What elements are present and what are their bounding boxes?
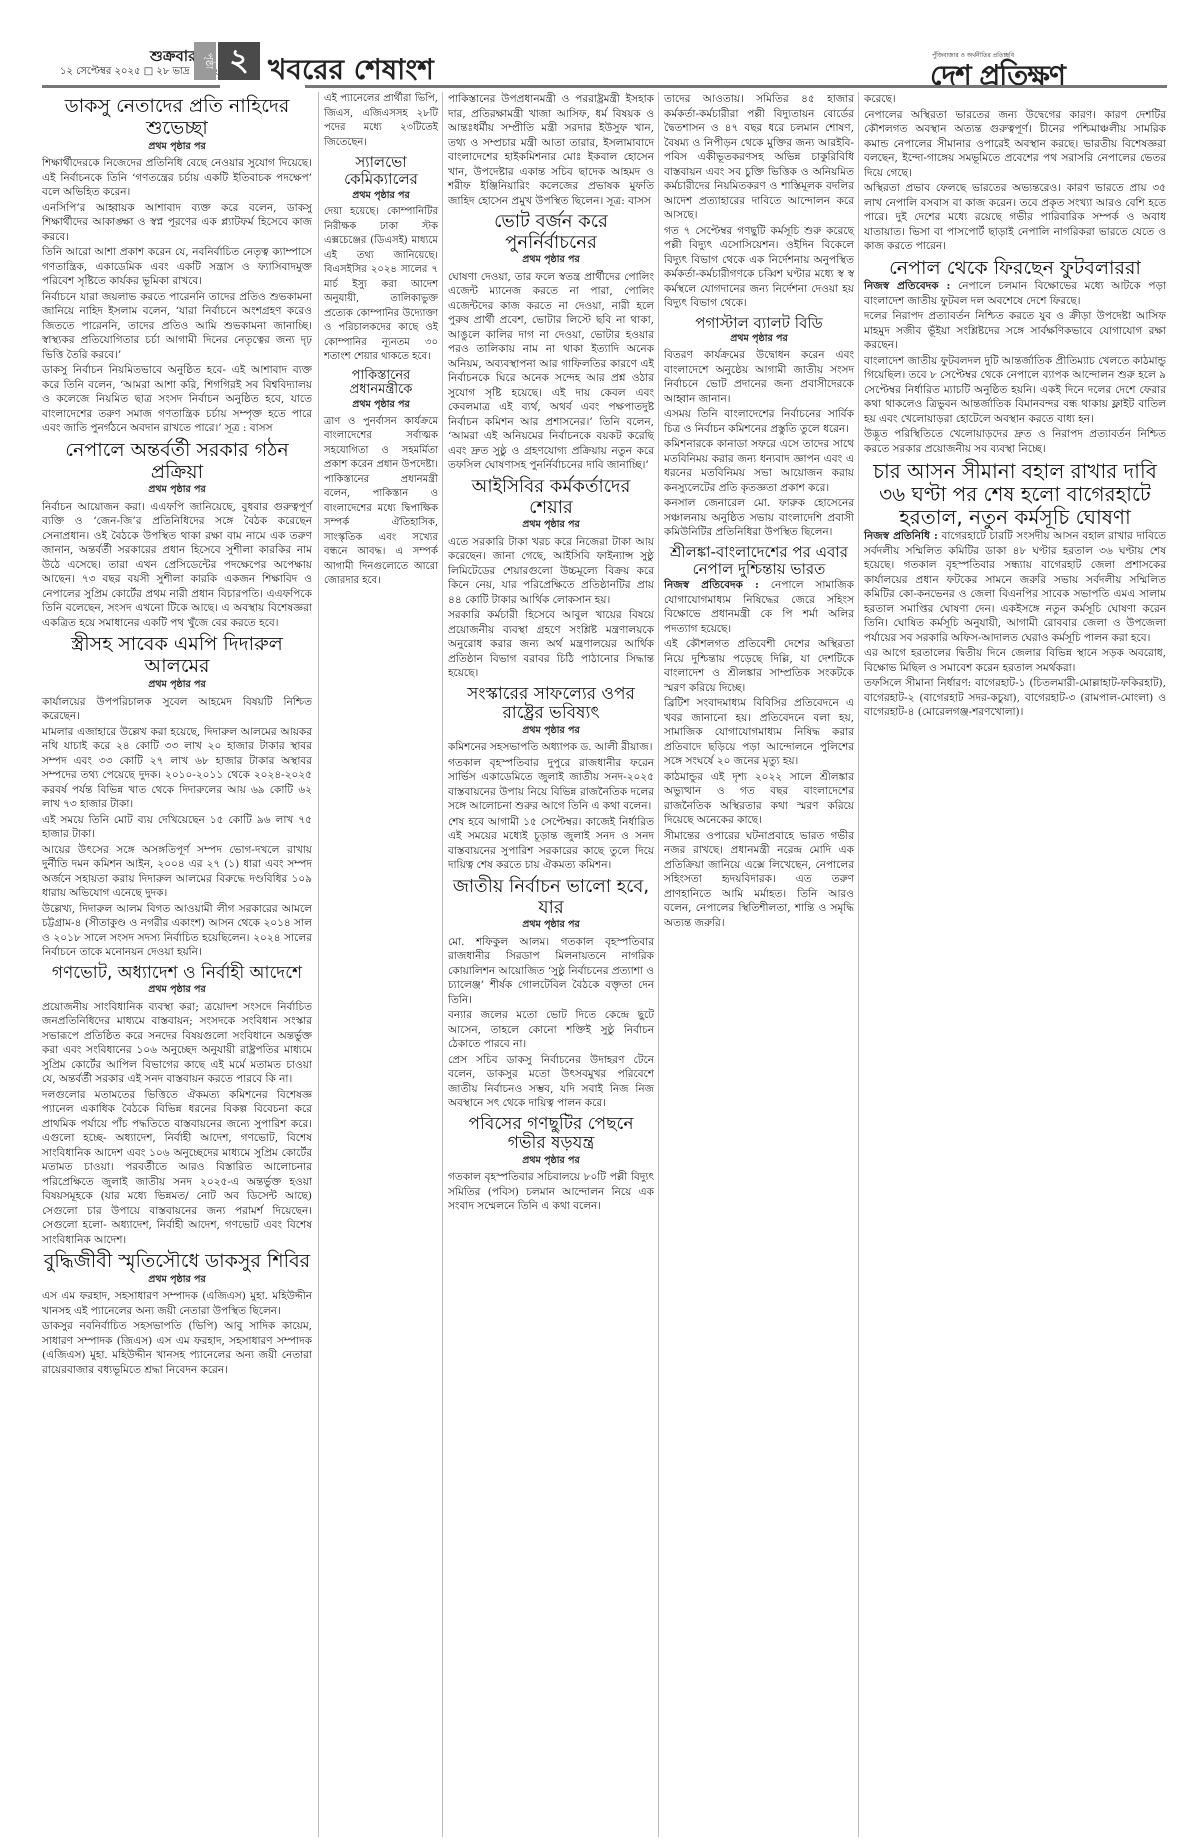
headline: পাকিস্তানের প্রধানমন্ত্রীকে (324, 369, 438, 399)
headline: বুদ্ধিজীবী স্মৃতিসৌধে ডাকসুর শিবির (42, 1251, 312, 1273)
continued-label: প্রথম পৃষ্ঠার পর (42, 140, 312, 155)
continued-label: প্রথম পৃষ্ঠার পর (324, 189, 438, 204)
paragraph: পাকিস্তানের উপপ্রধানমন্ত্রী ও পররাষ্ট্রম… (448, 92, 654, 208)
paragraph: ত্রাণ ও পুনর্বাসন কার্যক্রমে বাংলাদেশের … (324, 415, 438, 589)
headline: পগাস্টাল ব্যালট বিডি (664, 315, 854, 332)
page-label: পৃষ্ঠা (194, 42, 216, 80)
paragraph: ঘোষণা দেওয়া, তার ফলে স্বতন্ত্র প্রার্থী… (448, 270, 654, 473)
paragraph: উল্লেখ্য, দিদারুল আলম বিগত আওয়ামী লীগ স… (42, 902, 312, 960)
continued-label: প্রথম পৃষ্ঠার পর (42, 678, 312, 693)
paragraph: এই কৌশলগত প্রতিবেশী দেশের অস্থিরতা নিয়ে… (664, 637, 854, 695)
paragraph: এতে সরকারি টাকা খরচ করে নিজেরা টাকা আয় … (448, 535, 654, 608)
paragraph: আয়ের উৎসের সঙ্গে অসঙ্গতিপূর্ণ সম্পদ ভোগ… (42, 843, 312, 901)
masthead: শুক্রবার ১২ সেপ্টেম্বর ২০২৫ □ ২৮ ভাদ্র ১… (0, 0, 1200, 80)
headline: স্ত্রীসহ সাবেক এমপি দিদারুল আলমের (42, 634, 312, 678)
column-divider (658, 92, 659, 1837)
headline: সংস্কারের সাফল্যের ওপর রাষ্ট্রের ভবিষ্যৎ (448, 685, 654, 724)
paragraph: দলের নিরাপদ প্রত্যাবর্তন নিশ্চিত করতে যু… (864, 309, 1166, 353)
column-4: তাদের আওতায়। সমিতির ৪৫ হাজার কর্মকর্তা-… (664, 92, 854, 931)
article-referendum: গণভোট, অধ্যাদেশ ও নির্বাহী আদেশে প্রথম প… (42, 964, 312, 1248)
article-nahid: ডাকসু নেতাদের প্রতি নাহিদের শুভেচ্ছা প্র… (42, 96, 312, 436)
article-national-election: জাতীয় নির্বাচন ভালো হবে, যার প্রথম পৃষ্… (448, 877, 654, 1111)
article-footballers: নেপাল থেকে ফিরছেন ফুটবলাররা নিজস্ব প্রতি… (864, 258, 1166, 457)
headline: গণভোট, অধ্যাদেশ ও নির্বাহী আদেশে (42, 964, 312, 984)
column-2: এই প্যানেলের প্রার্থীরা ভিপি, জিএস, এজিএ… (324, 92, 438, 590)
column-5: করেছে। নেপালের অস্থিরতা ভারতের জন্য উদ্ব… (864, 92, 1166, 721)
paragraph: তফসিলে সীমানা নির্ধারণ: বাগেরহাট-১ (চিতল… (864, 676, 1166, 720)
paragraph: দলগুলোর মতামতের ভিত্তিতে ঐকমত্য কমিশনের … (42, 1088, 312, 1248)
paragraph: প্রয়োজনীয় সাংবিধানিক ব্যবস্থা করা; ত্র… (42, 1000, 312, 1087)
column-divider (858, 92, 859, 1837)
paragraph: ডাকসুর নবনির্বাচিত সহসভাপতি (ভিপি) আবু স… (42, 1319, 312, 1377)
paragraph: তিনি আরো আশা প্রকাশ করেন যে, নবনির্বাচিত… (42, 245, 312, 289)
paragraph: প্রেস সচিব ডাকসু নির্বাচনের উদাহরণ টেনে … (448, 1053, 654, 1111)
column-1: ডাকসু নেতাদের প্রতি নাহিদের শুভেচ্ছা প্র… (42, 92, 312, 1378)
paragraph: এস এম ফরহাদ, সহসাধারণ সম্পাদক (এজিএস) মু… (42, 1289, 312, 1318)
paragraph: নেপালের অস্থিরতা ভারতের জন্য উদ্বেগের কা… (864, 108, 1166, 181)
header-rule-right (305, 85, 1167, 88)
continued-label: প্রথম পৃষ্ঠার পর (448, 1154, 654, 1169)
paragraph: শিক্ষার্থীদেরকে নিজেদের প্রতিনিধি বেছে ন… (42, 156, 312, 200)
article-vote-boycott: ভোট বর্জন করে পুনর্নির্বাচনের প্রথম পৃষ্… (448, 212, 654, 473)
paragraph: অস্থিরতা প্রভাব ফেলছে ভারতের অভ্যন্তরেও।… (864, 181, 1166, 254)
continued-label: প্রথম পৃষ্ঠার পর (448, 253, 654, 268)
paragraph: বিতরণ কার্যক্রমের উদ্বোধন করেন এবং বাংলা… (664, 348, 854, 406)
paragraph: গতকাল বৃহস্পতিবার সচিবালয়ে ৮০টি পল্লী ব… (448, 1170, 654, 1214)
paragraph: সীমান্তের ওপারের ঘটনাপ্রবাহে ভারত গভীর ন… (664, 829, 854, 931)
continued-label: প্রথম পৃষ্ঠার পর (448, 918, 654, 933)
paragraph: নির্বাচনে যারা জয়লাভ করতে পারেননি তাদের… (42, 290, 312, 363)
headline: চার আসন সীমানা বহাল রাখার দাবি ৩৬ ঘণ্টা … (864, 460, 1166, 529)
page-number: ২ (218, 42, 260, 80)
paragraph: এর আগে হরতালের দ্বিতীয় দিনে জেলার বিভিন… (864, 646, 1166, 675)
paragraph: সরকারি কর্মচারী হিসেবে আবুল খায়ের বিষয়… (448, 608, 654, 681)
article-pbs: পবিসের গণছুটির পেছনে গভীর ষড়যন্ত্র প্রথ… (448, 1115, 654, 1214)
continued-label: প্রথম পৃষ্ঠার পর (42, 983, 312, 998)
paragraph: গতকাল বৃহস্পতিবার দুপুরে রাজধানীর ফরেন স… (448, 756, 654, 814)
paragraph: এই সময়ে তিনি মোট ব্যয় দেখিয়েছেন ১৫ কো… (42, 813, 312, 842)
paragraph: মামলার এজাহারে উল্লেখ করা হয়েছে, দিদারু… (42, 725, 312, 812)
headline: পবিসের গণছুটির পেছনে গভীর ষড়যন্ত্র (448, 1115, 654, 1154)
column-3: পাকিস্তানের উপপ্রধানমন্ত্রী ও পররাষ্ট্রম… (448, 92, 654, 1215)
headline: নেপাল থেকে ফিরছেন ফুটবলাররা (864, 258, 1166, 280)
byline: নিজস্ব প্রতিনিধি : (864, 530, 938, 542)
column-divider (318, 92, 319, 1837)
article-salvo: স্যালভো কেমিক্যালের প্রথম পৃষ্ঠার পর দেয… (324, 154, 438, 365)
column-divider (442, 92, 443, 1837)
paragraph: কমিশনারকে কানাডা সফরে এসে তাদের সাথে মতব… (664, 437, 854, 495)
paragraph: তাদের আওতায়। সমিতির ৪৫ হাজার কর্মকর্তা-… (664, 92, 854, 223)
continued-label: প্রথম পৃষ্ঠার পর (664, 332, 854, 347)
article-india-worry: শ্রীলঙ্কা-বাংলাদেশের পর এবার নেপাল দুশ্চ… (664, 544, 854, 931)
header-rule-left (42, 85, 220, 88)
continued-label: প্রথম পৃষ্ঠার পর (448, 518, 654, 533)
article-reform: সংস্কারের সাফল্যের ওপর রাষ্ট্রের ভবিষ্যৎ… (448, 685, 654, 873)
paragraph: কার্যালয়ের উপপরিচালক সুবেল আহমেদ বিষয়ট… (42, 695, 312, 724)
paragraph: দেয়া হয়েছে। কোম্পানিটির নিরীক্ষক ঢাকা … (324, 205, 438, 365)
paragraph: এসময় তিনি বাংলাদেশের নির্বাচনের সার্বিক… (664, 407, 854, 436)
headline: আইসিবির কর্মকর্তাদের শেয়ার (448, 477, 654, 518)
headline: নেপালে অন্তর্বর্তী সরকার গঠন প্রক্রিয়া (42, 440, 312, 484)
paragraph: কনসাল জেনারেল মো. ফারুক হোসেনের সঞ্চালনা… (664, 496, 854, 540)
article-pakistan-pm: পাকিস্তানের প্রধানমন্ত্রীকে প্রথম পৃষ্ঠা… (324, 369, 438, 589)
headline: শ্রীলঙ্কা-বাংলাদেশের পর এবার নেপাল দুশ্চ… (664, 544, 854, 579)
paragraph: ব্রিটিশ সংবাদমাধ্যম বিবিসির প্রতিবেদনে এ… (664, 696, 854, 769)
article-postal-ballot: পগাস্টাল ব্যালট বিডি প্রথম পৃষ্ঠার পর বি… (664, 315, 854, 540)
paragraph: করেছে। (864, 92, 1166, 107)
paragraph: নির্বাচন আয়োজন করা। এএফপি জানিয়েছে, বু… (42, 500, 312, 631)
continued-label: প্রথম পৃষ্ঠার পর (42, 483, 312, 498)
paragraph: বন্যার জলের মতো ভোট দিতে কেন্দ্রে ছুটে আ… (448, 1008, 654, 1052)
article-nepal-interim: নেপালে অন্তর্বর্তী সরকার গঠন প্রক্রিয়া … (42, 440, 312, 631)
continued-label: প্রথম পৃষ্ঠার পর (324, 398, 438, 413)
paragraph: কাঠমান্ডুর এই দৃশ্য ২০২২ সালে শ্রীলঙ্কার… (664, 770, 854, 828)
paragraph: গত ৭ সেপ্টেম্বর গণছুটি কর্মসূচি শুরু করে… (664, 224, 854, 311)
article-didarul: স্ত্রীসহ সাবেক এমপি দিদারুল আলমের প্রথম … (42, 634, 312, 959)
paragraph: শেষ হবে আগামী ১৫ সেপ্টেম্বর। কাজেই নির্ধ… (448, 815, 654, 873)
paragraph: এনসিপি’র আহ্বায়ক আশাবাদ ব্যক্ত করে বলেন… (42, 201, 312, 245)
byline: নিজস্ব প্রতিবেদক : (864, 280, 950, 292)
paragraph: মো. শফিকুল আলম। গতকাল বৃহস্পতিবার রাজধান… (448, 935, 654, 1008)
article-icb: আইসিবির কর্মকর্তাদের শেয়ার প্রথম পৃষ্ঠা… (448, 477, 654, 681)
continued-label: প্রথম পৃষ্ঠার পর (42, 1273, 312, 1288)
article-shibir: বুদ্ধিজীবী স্মৃতিসৌধে ডাকসুর শিবির প্রথম… (42, 1251, 312, 1377)
paragraph: কমিশনের সহসভাপতি অধ্যাপক ড. আলী রীয়াজ। (448, 740, 654, 755)
paragraph: বাগেরহাটে চারটি সংসদীয় আসন বহাল রাখার দ… (864, 530, 1166, 644)
byline: নিজস্ব প্রতিবেদক : (664, 579, 759, 591)
headline: স্যালভো কেমিক্যালের (324, 154, 438, 189)
continued-label: প্রথম পৃষ্ঠার পর (448, 724, 654, 739)
headline: জাতীয় নির্বাচন ভালো হবে, যার (448, 877, 654, 918)
paragraph: ডাকসু নির্বাচন নিয়মিতভাবে অনুষ্ঠিত হবে-… (42, 363, 312, 436)
paragraph: এই প্যানেলের প্রার্থীরা ভিপি, জিএস, এজিএ… (324, 92, 438, 150)
headline: ডাকসু নেতাদের প্রতি নাহিদের শুভেচ্ছা (42, 96, 312, 140)
paragraph: উদ্ভূত পরিস্থিতিতে খেলোয়াড়দের দ্রুত ও … (864, 427, 1166, 456)
headline: ভোট বর্জন করে পুনর্নির্বাচনের (448, 212, 654, 253)
paragraph: বাংলাদেশ জাতীয় ফুটবলদল দুটি আন্তর্জাতিক… (864, 354, 1166, 427)
article-bagerhat: চার আসন সীমানা বহাল রাখার দাবি ৩৬ ঘণ্টা … (864, 460, 1166, 720)
